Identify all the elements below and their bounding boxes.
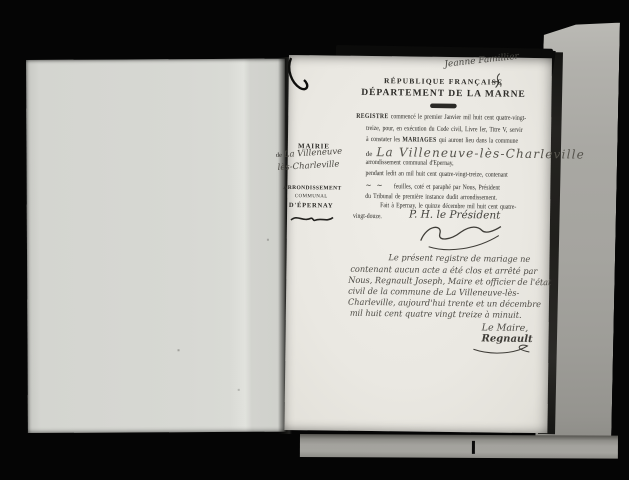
paper-notch-mark xyxy=(472,441,475,454)
republique-heading: RÉPUBLIQUE FRANÇAISE xyxy=(344,76,544,87)
feuilles-count-handwritten: ~ ~ xyxy=(365,180,383,190)
registre-line-6: pendant ledit an mil huit cent quatre-vi… xyxy=(366,169,508,179)
closing-line-2: contenant aucun acte a été clos et arrêt… xyxy=(350,264,537,276)
margin-flourish-icon xyxy=(289,213,335,227)
fait-line-2: vingt-douze. xyxy=(353,212,382,220)
margin-communal-label: COMMUNAL xyxy=(283,194,339,200)
margin-commune-handwritten-line2: lès-Charleville xyxy=(277,159,339,173)
registre-line-5: arrondissement communal d'Epernay, xyxy=(366,158,454,167)
registre-de-label: de xyxy=(366,150,373,158)
registre-line-8: du Tribunal de première instance dudit a… xyxy=(365,192,497,202)
registre-line-7: ~ ~ feuilles, coté et paraphé par Nous, … xyxy=(365,180,500,192)
president-handwritten: P. H. le Président xyxy=(409,208,500,221)
margin-epernay-label: D'ÉPERNAY xyxy=(283,202,339,210)
closing-line-1: Le présent registre de mariage ne xyxy=(388,253,530,265)
maire-signature-flourish xyxy=(471,341,533,356)
closing-line-6: mil huit cent quatre vingt treize à minu… xyxy=(350,309,522,321)
registre-line-1-text: commencé le premier Janvier mil huit cen… xyxy=(389,112,527,122)
right-page: Jeanne Famillier RÉPUBLIQUE FRANÇAISE DÉ… xyxy=(284,55,552,433)
tear-mark xyxy=(282,56,318,100)
departement-heading: DÉPARTEMENT DE LA MARNE xyxy=(333,88,553,101)
margin-arrondissement-label: ARRONDISSEMENT xyxy=(283,185,339,192)
closing-line-4: civil de la commune de La Villeneuve-lès… xyxy=(348,287,519,299)
margin-de-label: de xyxy=(276,152,282,159)
backing-sheet-bottom xyxy=(300,434,618,459)
margin-commune-handwritten-line1: La Villeneuve xyxy=(284,147,343,160)
ornament-rule xyxy=(430,104,456,108)
registre-line-7-text: feuilles, coté et paraphé par Nous, Prés… xyxy=(386,182,500,191)
president-signature-flourish xyxy=(415,221,511,252)
paper-specks xyxy=(178,349,180,351)
le-maire-label: Le Maire, xyxy=(482,322,529,334)
left-page xyxy=(26,59,287,433)
registre-line-1: REGISTRE commencé le premier Janvier mil… xyxy=(356,112,526,122)
registre-word-registre: REGISTRE xyxy=(356,112,388,120)
registre-line-2: treize, pour, en exécution du Code civil… xyxy=(366,123,523,133)
